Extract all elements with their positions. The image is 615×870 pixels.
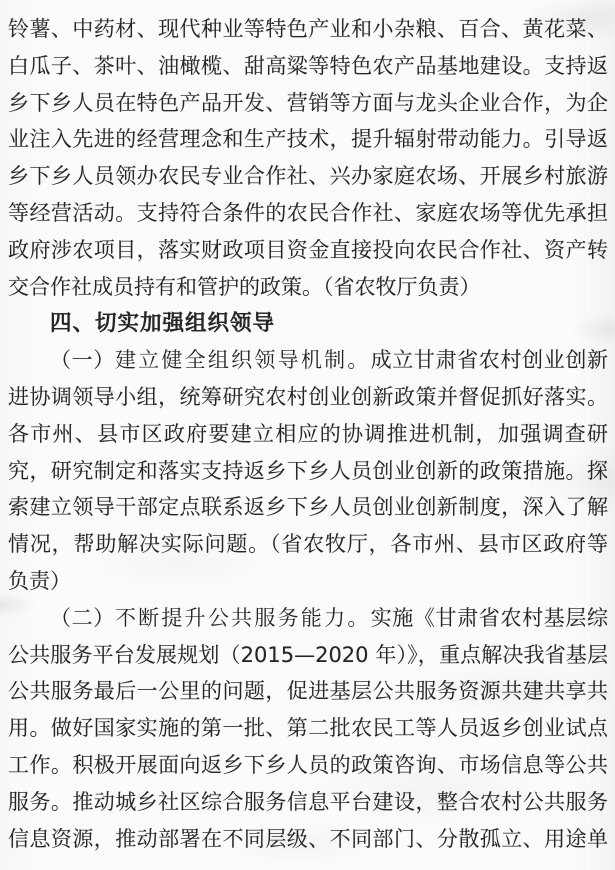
body-text: 负责） <box>8 569 71 593</box>
body-text: 各市州、县市区政府要建立相应的协调推进机制，加强调查研 <box>8 422 608 446</box>
paragraph-start-line: （二）不断提升公共服务能力。实施《甘肃省农村基层综合 <box>8 600 608 637</box>
paragraph-start-line: （一）建立健全组织领导机制。成立甘肃省农村创业创新推 <box>8 342 608 379</box>
document-text: 铃薯、中药材、现代种业等特色产业和小杂粮、百合、黄花菜、白瓜子、茶叶、油橄榄、甜… <box>8 11 608 857</box>
body-text: 索建立领导干部定点联系返乡下乡人员创业创新制度，深入了解 <box>8 495 608 519</box>
text-line: 公共服务平台发展规划（2015—2020 年）》，重点解决我省基层 <box>8 637 608 674</box>
text-line: 工作。积极开展面向返乡下乡人员的政策咨询、市场信息等公共 <box>8 747 608 784</box>
text-line: 服务。推动城乡社区综合服务信息平台建设，整合农村公共服务 <box>8 784 608 821</box>
body-text: 究，研究制定和落实支持返乡下乡人员创业创新的政策措施。探 <box>8 459 608 483</box>
body-text: 政府涉农项目，落实财政项目资金直接投向农民合作社、资产转 <box>8 238 608 262</box>
body-text: 业注入先进的经营理念和生产技术，提升辐射带动能力。引导返 <box>8 127 608 151</box>
body-text: 用。做好国家实施的第一批、第二批农民工等人员返乡创业试点 <box>8 716 608 740</box>
text-line: 究，研究制定和落实支持返乡下乡人员创业创新的政策措施。探 <box>8 453 608 490</box>
paragraph-lead-text: 不断提升公共服务能力。 <box>115 606 371 630</box>
text-line: 政府涉农项目，落实财政项目资金直接投向农民合作社、资产转 <box>8 232 608 269</box>
text-line: 各市州、县市区政府要建立相应的协调推进机制，加强调查研 <box>8 416 608 453</box>
heading-text: 四、切实加强组织领导 <box>50 311 275 336</box>
text-line: 乡下乡人员在特色产品开发、营销等方面与龙头企业合作，为企 <box>8 85 608 122</box>
text-line: 进协调领导小组，统筹研究农村创业创新政策并督促抓好落实。 <box>8 379 608 416</box>
body-text: 信息资源，推动部署在不同层级、不同部门、分散孤立、用途单 <box>8 827 608 851</box>
body-text: 服务。推动城乡社区综合服务信息平台建设，整合农村公共服务 <box>8 790 608 814</box>
body-text: 铃薯、中药材、现代种业等特色产业和小杂粮、百合、黄花菜、 <box>8 17 608 41</box>
body-text: （一） <box>50 348 115 372</box>
text-line: 用。做好国家实施的第一批、第二批农民工等人员返乡创业试点 <box>8 710 608 747</box>
text-line: 索建立领导干部定点联系返乡下乡人员创业创新制度，深入了解 <box>8 489 608 526</box>
text-line: 业注入先进的经营理念和生产技术，提升辐射带动能力。引导返 <box>8 121 608 158</box>
body-text: （二） <box>50 606 115 630</box>
section-heading-line: 四、切实加强组织领导 <box>8 305 608 342</box>
text-line: 乡下乡人员领办农民专业合作社、兴办家庭农场、开展乡村旅游 <box>8 158 608 195</box>
body-text: 工作。积极开展面向返乡下乡人员的政策咨询、市场信息等公共 <box>8 753 608 777</box>
text-line: 铃薯、中药材、现代种业等特色产业和小杂粮、百合、黄花菜、 <box>8 11 608 48</box>
document-page: 铃薯、中药材、现代种业等特色产业和小杂粮、百合、黄花菜、白瓜子、茶叶、油橄榄、甜… <box>0 0 615 870</box>
text-line: 白瓜子、茶叶、油橄榄、甜高粱等特色农产品基地建设。支持返 <box>8 48 608 85</box>
body-text: 等经营活动。支持符合条件的农民合作社、家庭农场等优先承担 <box>8 201 608 225</box>
body-text: 公共服务最后一公里的问题，促进基层公共服务资源共建共享共 <box>8 679 608 703</box>
text-line: 情况，帮助解决实际问题。（省农牧厅，各市州、县市区政府等 <box>8 526 608 563</box>
body-text: 乡下乡人员领办农民专业合作社、兴办家庭农场、开展乡村旅游 <box>8 164 608 188</box>
body-text: 公共服务平台发展规划（2015—2020 年）》，重点解决我省基层 <box>8 643 608 667</box>
text-line: 信息资源，推动部署在不同层级、不同部门、分散孤立、用途单 <box>8 821 608 858</box>
text-line: 等经营活动。支持符合条件的农民合作社、家庭农场等优先承担 <box>8 195 608 232</box>
body-text: 进协调领导小组，统筹研究农村创业创新政策并督促抓好落实。 <box>8 385 608 409</box>
text-line: 负责） <box>8 563 608 600</box>
text-line: 交合作社成员持有和管护的政策。（省农牧厅负责） <box>8 269 608 306</box>
body-text: 乡下乡人员在特色产品开发、营销等方面与龙头企业合作，为企 <box>8 91 608 115</box>
body-text: 白瓜子、茶叶、油橄榄、甜高粱等特色农产品基地建设。支持返 <box>8 54 608 78</box>
paragraph-lead-text: 建立健全组织领导机制。 <box>115 348 371 372</box>
body-text: 情况，帮助解决实际问题。（省农牧厅，各市州、县市区政府等 <box>8 532 608 556</box>
text-line: 公共服务最后一公里的问题，促进基层公共服务资源共建共享共 <box>8 673 608 710</box>
body-text: 交合作社成员持有和管护的政策。（省农牧厅负责） <box>8 275 481 299</box>
